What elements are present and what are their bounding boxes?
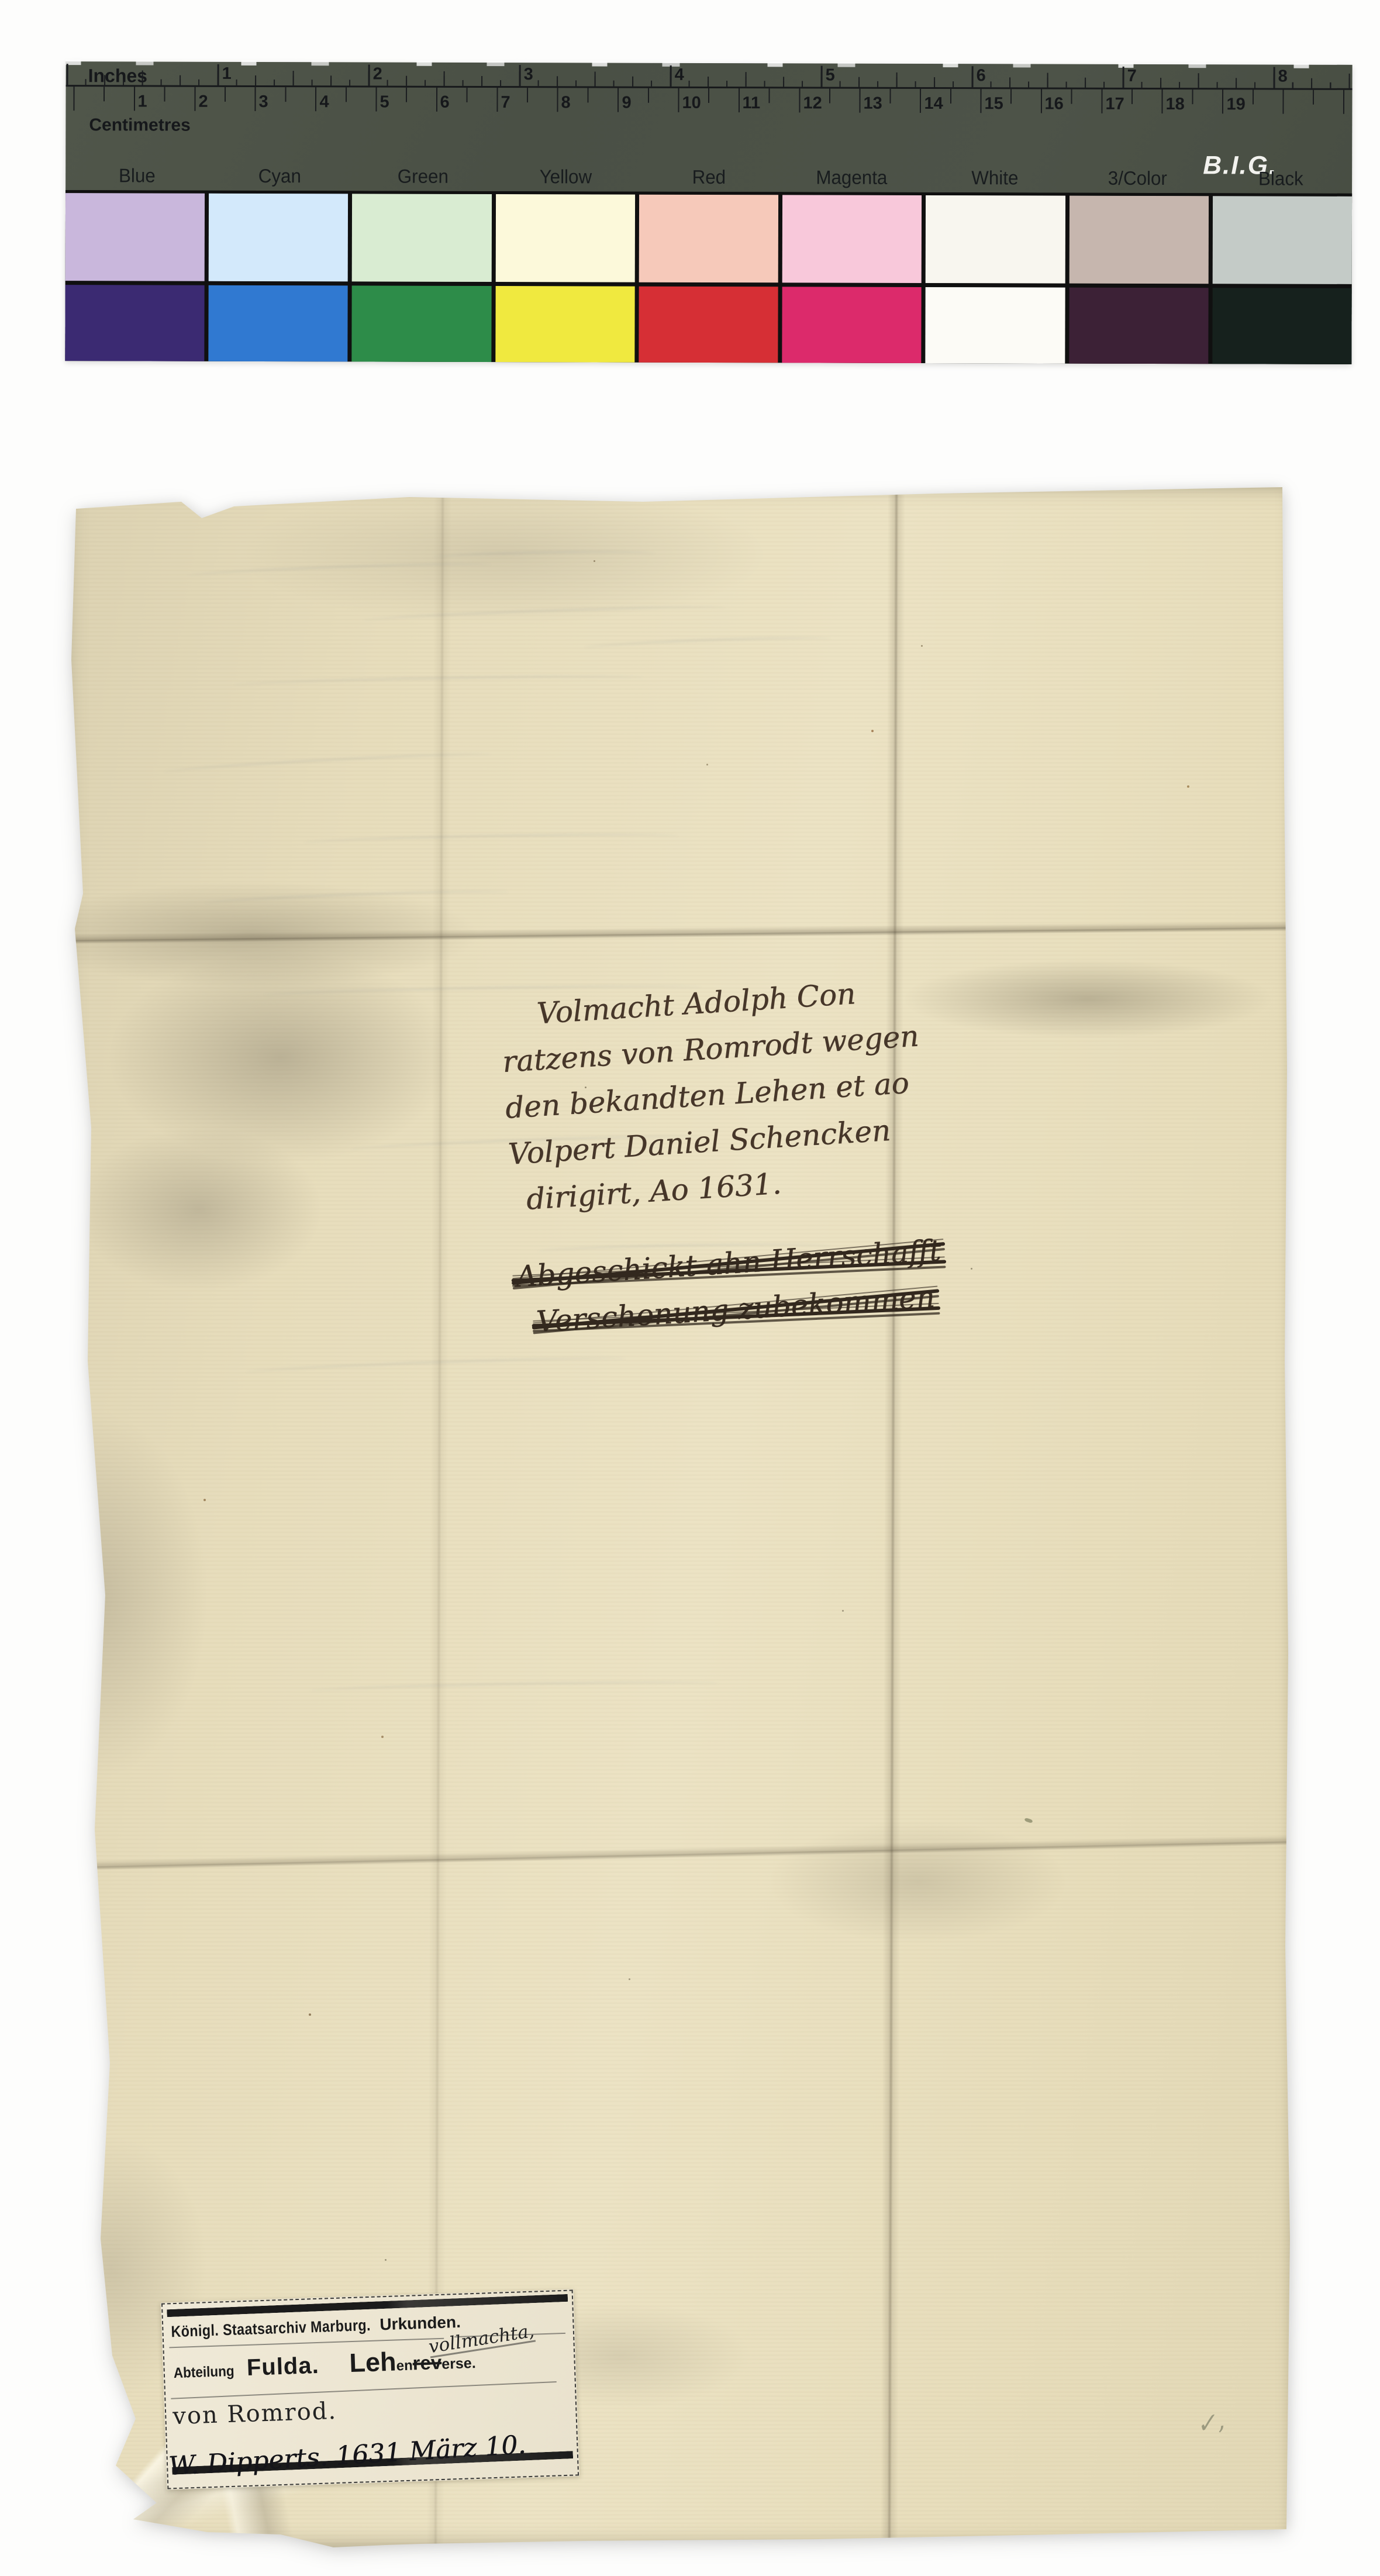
inch-number: 3	[524, 65, 533, 84]
swatch-solid	[352, 285, 492, 362]
speck	[309, 2013, 311, 2016]
cm-number: 19	[1226, 95, 1245, 114]
cm-number: 7	[501, 93, 510, 112]
corner-check-mark: ✓,	[1193, 2405, 1227, 2439]
speck	[1187, 785, 1189, 788]
cm-number: 6	[440, 93, 449, 112]
inch-number: 5	[826, 66, 835, 85]
swatch-solid	[495, 286, 635, 363]
speck	[594, 560, 595, 562]
label-fulda: Fulda.	[246, 2353, 319, 2381]
cm-number: 5	[379, 93, 389, 112]
handwritten-date-line: W. Dipperts. 1631 März 10.	[168, 2426, 579, 2481]
color-calibration-card: Inches 1 2 3 4 5 6 7 8 1 2 3 4 5 6 7 8 9…	[65, 61, 1352, 364]
label-lehen: Leh	[349, 2347, 397, 2379]
inch-ticks-whole	[66, 64, 1353, 88]
swatch-label: Black	[1213, 167, 1348, 190]
swatch-solid	[639, 287, 778, 363]
swatch-pastel	[65, 193, 205, 281]
archive-label: Königl. Staatsarchiv Marburg. Urkunden. …	[161, 2289, 579, 2489]
speck	[706, 764, 708, 765]
cm-number: 8	[561, 93, 570, 112]
label-abteilung: Abteilung	[173, 2363, 234, 2382]
cm-number: 17	[1105, 95, 1124, 114]
cm-number: 18	[1165, 95, 1184, 114]
speck	[203, 1499, 206, 1501]
label-erse: erse.	[441, 2355, 476, 2373]
speck	[871, 730, 874, 732]
cm-number: 12	[803, 94, 822, 113]
swatch-label: Green	[355, 165, 491, 188]
inch-number: 2	[373, 64, 382, 84]
swatch-pastel	[495, 194, 635, 282]
swatch-label: Magenta	[784, 166, 919, 189]
swatch-pastel	[1069, 196, 1209, 284]
inch-number: 7	[1127, 67, 1137, 86]
swatch-label: Red	[641, 166, 777, 189]
centimetres-label: Centimetres	[89, 115, 190, 135]
cm-number: 16	[1044, 95, 1063, 114]
swatch-label-row: Blue Cyan Green Yellow Red Magenta White…	[65, 164, 1352, 190]
paper-edge-shading	[58, 484, 1292, 2549]
cm-number: 10	[682, 94, 701, 113]
swatch-pastel	[926, 195, 1065, 284]
cm-number: 4	[319, 92, 329, 112]
inch-number: 4	[675, 65, 684, 85]
swatch-label: Blue	[69, 164, 205, 187]
swatch-label: White	[927, 167, 1062, 189]
cm-number: 13	[863, 94, 882, 113]
document-paper: Volmacht Adolph Con ratzens von Romrodt …	[58, 484, 1292, 2549]
speck	[842, 1610, 844, 1612]
swatch-pastel	[352, 194, 492, 282]
inch-number: 1	[222, 64, 232, 84]
swatch-solid	[1212, 288, 1352, 364]
swatch-solid	[926, 287, 1065, 364]
cm-number: 2	[198, 92, 208, 112]
inch-number: 8	[1278, 67, 1288, 87]
handwritten-note: Volmacht Adolph Con ratzens von Romrodt …	[498, 964, 981, 1346]
swatch-pastel	[1212, 196, 1352, 284]
inch-number: 6	[977, 66, 986, 85]
swatch-grid	[65, 190, 1352, 364]
cm-number: 14	[924, 94, 943, 113]
swatch-solid	[782, 287, 922, 363]
swatch-label: 3/Color	[1069, 167, 1205, 190]
cm-number: 3	[258, 92, 268, 112]
label-urkunden: Urkunden.	[379, 2313, 461, 2334]
speck	[385, 2259, 387, 2261]
scan-page: Inches 1 2 3 4 5 6 7 8 1 2 3 4 5 6 7 8 9…	[0, 0, 1380, 2576]
cm-number: 15	[984, 94, 1003, 113]
swatch-solid	[65, 285, 205, 361]
label-lehen-small: en	[396, 2358, 413, 2375]
swatch-pastel	[639, 195, 779, 283]
swatch-solid	[1069, 288, 1209, 364]
label-archive-name: Königl. Staatsarchiv Marburg.	[171, 2316, 371, 2341]
document-scan: Volmacht Adolph Con ratzens von Romrodt …	[58, 484, 1292, 2549]
cm-number: 1	[137, 92, 147, 111]
swatch-label: Yellow	[498, 165, 634, 188]
label-von-romrod: von Romrod.	[172, 2398, 337, 2430]
speck	[921, 645, 923, 647]
cm-number: 9	[622, 94, 631, 113]
swatch-pastel	[209, 194, 349, 282]
swatch-solid	[209, 285, 349, 362]
cm-number: 11	[742, 94, 760, 113]
swatch-label: Cyan	[212, 165, 348, 188]
speck	[381, 1736, 384, 1738]
swatch-pastel	[782, 195, 922, 283]
label-rule	[171, 2381, 556, 2399]
speck	[629, 1978, 630, 1980]
